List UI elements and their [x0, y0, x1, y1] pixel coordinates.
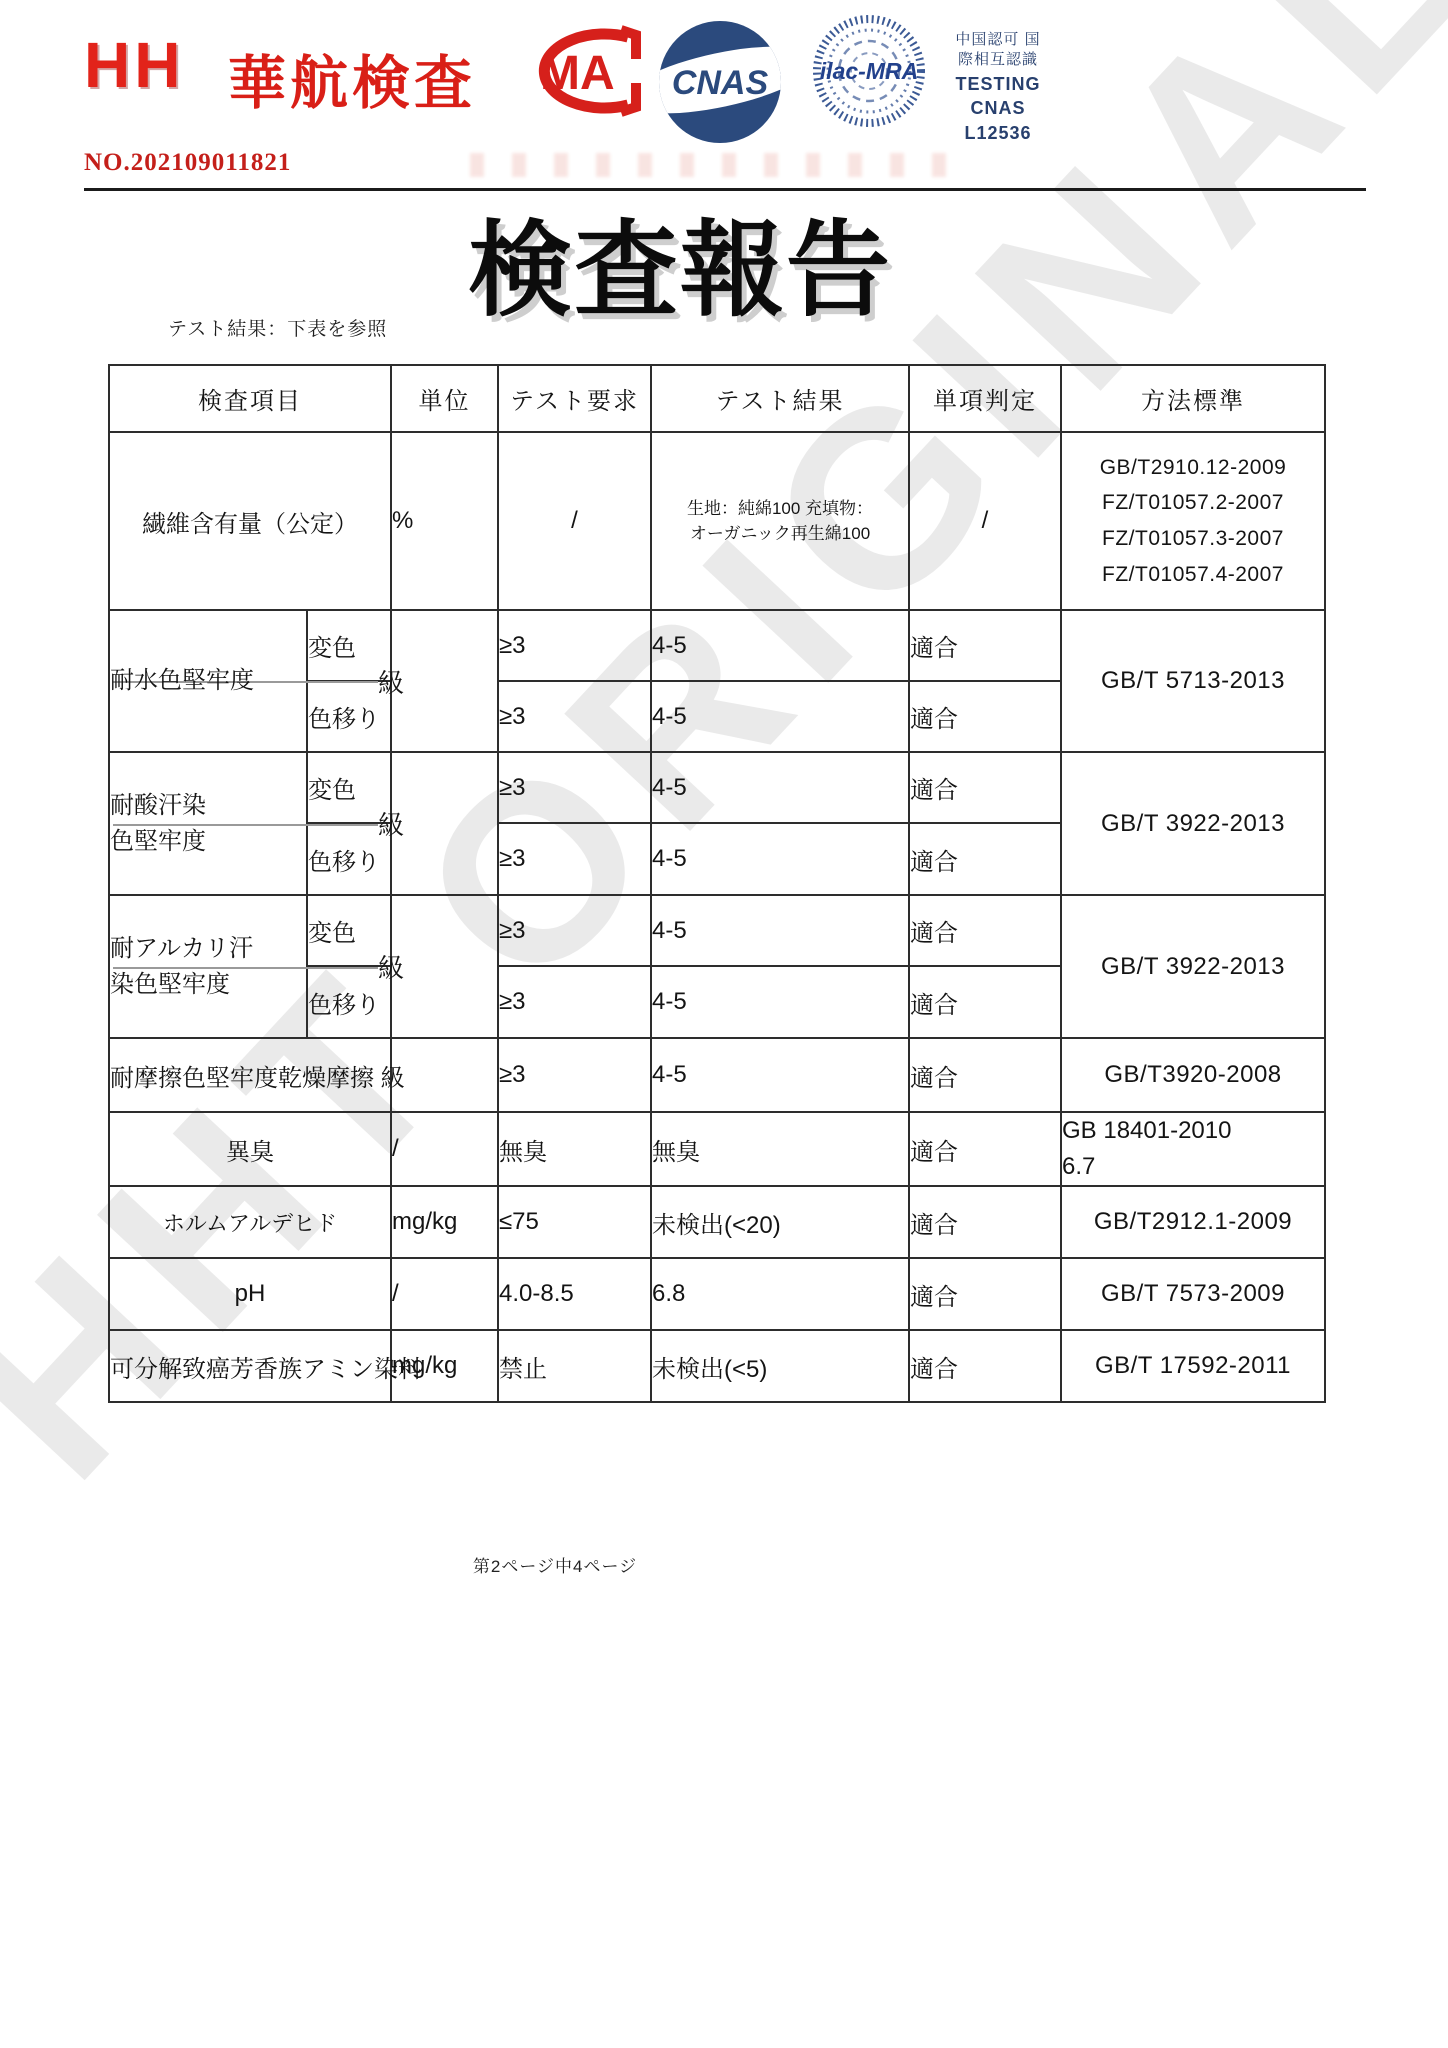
rub-verdict: 適合 [909, 1038, 1061, 1112]
cma-mark-icon: MA [498, 22, 650, 120]
acid-req-2: ≥3 [498, 823, 651, 895]
col-header-requirement: テスト要求 [498, 365, 651, 432]
fiber-method-1: GB/T2910.12-2009 [1062, 450, 1324, 486]
amine-verdict: 適合 [909, 1330, 1061, 1402]
odor-method-line2: 6.7 [1062, 1149, 1324, 1185]
col-header-verdict: 単項判定 [909, 365, 1061, 432]
fiber-method: GB/T2910.12-2009 FZ/T01057.2-2007 FZ/T01… [1061, 432, 1325, 610]
rub-unit [391, 1038, 498, 1112]
water-req-2: ≥3 [498, 681, 651, 752]
acid-item-line1: 耐酸汗染 [110, 788, 306, 824]
alkali-item: 耐アルカリ汗 染色堅牢度 [109, 895, 307, 1038]
odor-verdict: 適合 [909, 1112, 1061, 1186]
alkali-item-line1: 耐アルカリ汗 [110, 931, 306, 967]
acid-verdict-1: 適合 [909, 752, 1061, 823]
odor-item: 異臭 [109, 1112, 391, 1186]
results-note: テスト結果：下表を参照 [168, 314, 387, 341]
col-header-item: 検査項目 [109, 365, 391, 432]
table-row-water-fastness-a: 耐水色堅牢度 変色 級 ≥3 4-5 適合 GB/T 5713-2013 [109, 610, 1325, 681]
formaldehyde-result: 未検出(<20) [651, 1186, 909, 1258]
table-row-odor: 異臭 / 無臭 無臭 適合 GB 18401-2010 6.7 [109, 1112, 1325, 1186]
fiber-verdict: / [909, 432, 1061, 610]
rub-method: GB/T3920-2008 [1061, 1038, 1325, 1112]
alkali-method: GB/T 3922-2013 [1061, 895, 1325, 1038]
amine-result: 未検出(<5) [651, 1330, 909, 1402]
odor-requirement: 無臭 [498, 1112, 651, 1186]
table-row-fiber-content: 繊維含有量（公定） % / 生地：純綿100 充填物： オーガニック再生綿100… [109, 432, 1325, 610]
report-number: NO.202109011821 [84, 149, 291, 177]
company-name: 華航検査 [228, 36, 476, 120]
table-row-formaldehyde: ホルムアルデヒド mg/kg ≤75 未検出(<20) 適合 GB/T2912.… [109, 1186, 1325, 1258]
ph-result: 6.8 [651, 1258, 909, 1330]
amine-item-label: 可分解致癌芳香族アミン染料 [110, 1356, 422, 1383]
alkali-req-1: ≥3 [498, 895, 651, 966]
acid-item-label: 耐酸汗染 色堅牢度 [110, 788, 306, 860]
fiber-result-line2: オーガニック再生綿100 [652, 521, 908, 547]
rub-requirement: ≥3 [498, 1038, 651, 1112]
acid-method: GB/T 3922-2013 [1061, 752, 1325, 895]
accreditation-body: CNAS [938, 97, 1058, 120]
water-unit: 級 [391, 610, 498, 752]
formaldehyde-requirement: ≤75 [498, 1186, 651, 1258]
alkali-unit-label: 級 [378, 953, 404, 983]
formaldehyde-method: GB/T2912.1-2009 [1061, 1186, 1325, 1258]
fiber-result-line1: 生地：純綿100 充填物： [652, 496, 908, 522]
ph-method: GB/T 7573-2009 [1061, 1258, 1325, 1330]
fiber-item: 繊維含有量（公定） [109, 432, 391, 610]
formaldehyde-verdict: 適合 [909, 1186, 1061, 1258]
fiber-method-2: FZ/T01057.2-2007 [1062, 485, 1324, 521]
alkali-item-line2: 染色堅牢度 [110, 967, 306, 1003]
acid-result-1: 4-5 [651, 752, 909, 823]
accreditation-block: 中国認可 国 際相互認識 TESTING CNAS L12536 [938, 30, 1058, 144]
water-result-2: 4-5 [651, 681, 909, 752]
acid-verdict-2: 適合 [909, 823, 1061, 895]
amine-item: 可分解致癌芳香族アミン染料 [109, 1330, 391, 1402]
col-header-method: 方法標準 [1061, 365, 1325, 432]
fiber-method-4: FZ/T01057.4-2007 [1062, 557, 1324, 593]
page-title: 検査報告 [468, 186, 892, 336]
water-item-label: 耐水色堅牢度 [110, 667, 254, 694]
alkali-item-label: 耐アルカリ汗 染色堅牢度 [110, 931, 306, 1003]
acid-result-2: 4-5 [651, 823, 909, 895]
alkali-result-2: 4-5 [651, 966, 909, 1038]
rub-item: 耐摩擦色堅牢度乾燥摩擦 級 [109, 1038, 391, 1112]
water-verdict-1: 適合 [909, 610, 1061, 681]
amine-method: GB/T 17592-2011 [1061, 1330, 1325, 1402]
fiber-method-3: FZ/T01057.3-2007 [1062, 521, 1324, 557]
accreditation-text-line1: 中国認可 国 [938, 30, 1058, 50]
odor-unit: / [391, 1112, 498, 1186]
alkali-result-1: 4-5 [651, 895, 909, 966]
ph-unit: / [391, 1258, 498, 1330]
accreditation-text-line2: 際相互認識 [938, 50, 1058, 70]
test-results-table: 検査項目 単位 テスト要求 テスト結果 単項判定 方法標準 繊維含有量（公定） … [108, 364, 1326, 1403]
cnas-label: CNAS [672, 64, 769, 102]
table-row-aromatic-amine: 可分解致癌芳香族アミン染料 mg/kg 禁止 未検出(<5) 適合 GB/T 1… [109, 1330, 1325, 1402]
water-result-1: 4-5 [651, 610, 909, 681]
alkali-verdict-1: 適合 [909, 895, 1061, 966]
accreditation-number: L12536 [938, 122, 1058, 145]
water-req-1: ≥3 [498, 610, 651, 681]
water-item: 耐水色堅牢度 [109, 610, 307, 752]
inspection-report-page: HHT ORIGINALS HH 華航検査 MA CNAS ilac-MRA 中… [0, 0, 1448, 2048]
ilac-mra-logo-icon: ilac-MRA [812, 14, 926, 128]
table-header-row: 検査項目 単位 テスト要求 テスト結果 単項判定 方法標準 [109, 365, 1325, 432]
table-row-ph: pH / 4.0-8.5 6.8 適合 GB/T 7573-2009 [109, 1258, 1325, 1330]
formaldehyde-item: ホルムアルデヒド [109, 1186, 391, 1258]
fiber-result: 生地：純綿100 充填物： オーガニック再生綿100 [651, 432, 909, 610]
rub-result: 4-5 [651, 1038, 909, 1112]
ph-item: pH [109, 1258, 391, 1330]
water-verdict-2: 適合 [909, 681, 1061, 752]
odor-result: 無臭 [651, 1112, 909, 1186]
col-header-unit: 単位 [391, 365, 498, 432]
scan-artifact [470, 153, 970, 177]
cma-label: MA [540, 47, 615, 100]
odor-method: GB 18401-2010 6.7 [1061, 1112, 1325, 1186]
acid-req-1: ≥3 [498, 752, 651, 823]
cnas-logo-icon: CNAS [656, 18, 784, 146]
table-row-acid-fastness-a: 耐酸汗染 色堅牢度 変色 級 ≥3 4-5 適合 GB/T 3922-2013 [109, 752, 1325, 823]
accreditation-type: TESTING [938, 73, 1058, 96]
rub-item-label: 耐摩擦色堅牢度乾燥摩擦 級 [110, 1065, 405, 1092]
table-row-rubbing-fastness: 耐摩擦色堅牢度乾燥摩擦 級 ≥3 4-5 適合 GB/T3920-2008 [109, 1038, 1325, 1112]
alkali-req-2: ≥3 [498, 966, 651, 1038]
fiber-unit: % [391, 432, 498, 610]
ph-requirement: 4.0-8.5 [498, 1258, 651, 1330]
alkali-unit: 級 [391, 895, 498, 1038]
acid-unit: 級 [391, 752, 498, 895]
fiber-requirement: / [498, 432, 651, 610]
ilac-mra-label: ilac-MRA [820, 58, 918, 84]
odor-method-line1: GB 18401-2010 [1062, 1113, 1324, 1149]
ph-verdict: 適合 [909, 1258, 1061, 1330]
table-row-alkali-fastness-a: 耐アルカリ汗 染色堅牢度 変色 級 ≥3 4-5 適合 GB/T 3922-20… [109, 895, 1325, 966]
page-number: 第2ページ中4ページ [415, 1552, 695, 1577]
acid-item-line2: 色堅牢度 [110, 824, 306, 860]
acid-item: 耐酸汗染 色堅牢度 [109, 752, 307, 895]
alkali-verdict-2: 適合 [909, 966, 1061, 1038]
col-header-result: テスト結果 [651, 365, 909, 432]
acid-unit-label: 級 [378, 810, 404, 840]
water-unit-label: 級 [378, 668, 404, 698]
amine-requirement: 禁止 [498, 1330, 651, 1402]
hh-logo: HH [84, 28, 184, 102]
water-method: GB/T 5713-2013 [1061, 610, 1325, 752]
formaldehyde-unit: mg/kg [391, 1186, 498, 1258]
